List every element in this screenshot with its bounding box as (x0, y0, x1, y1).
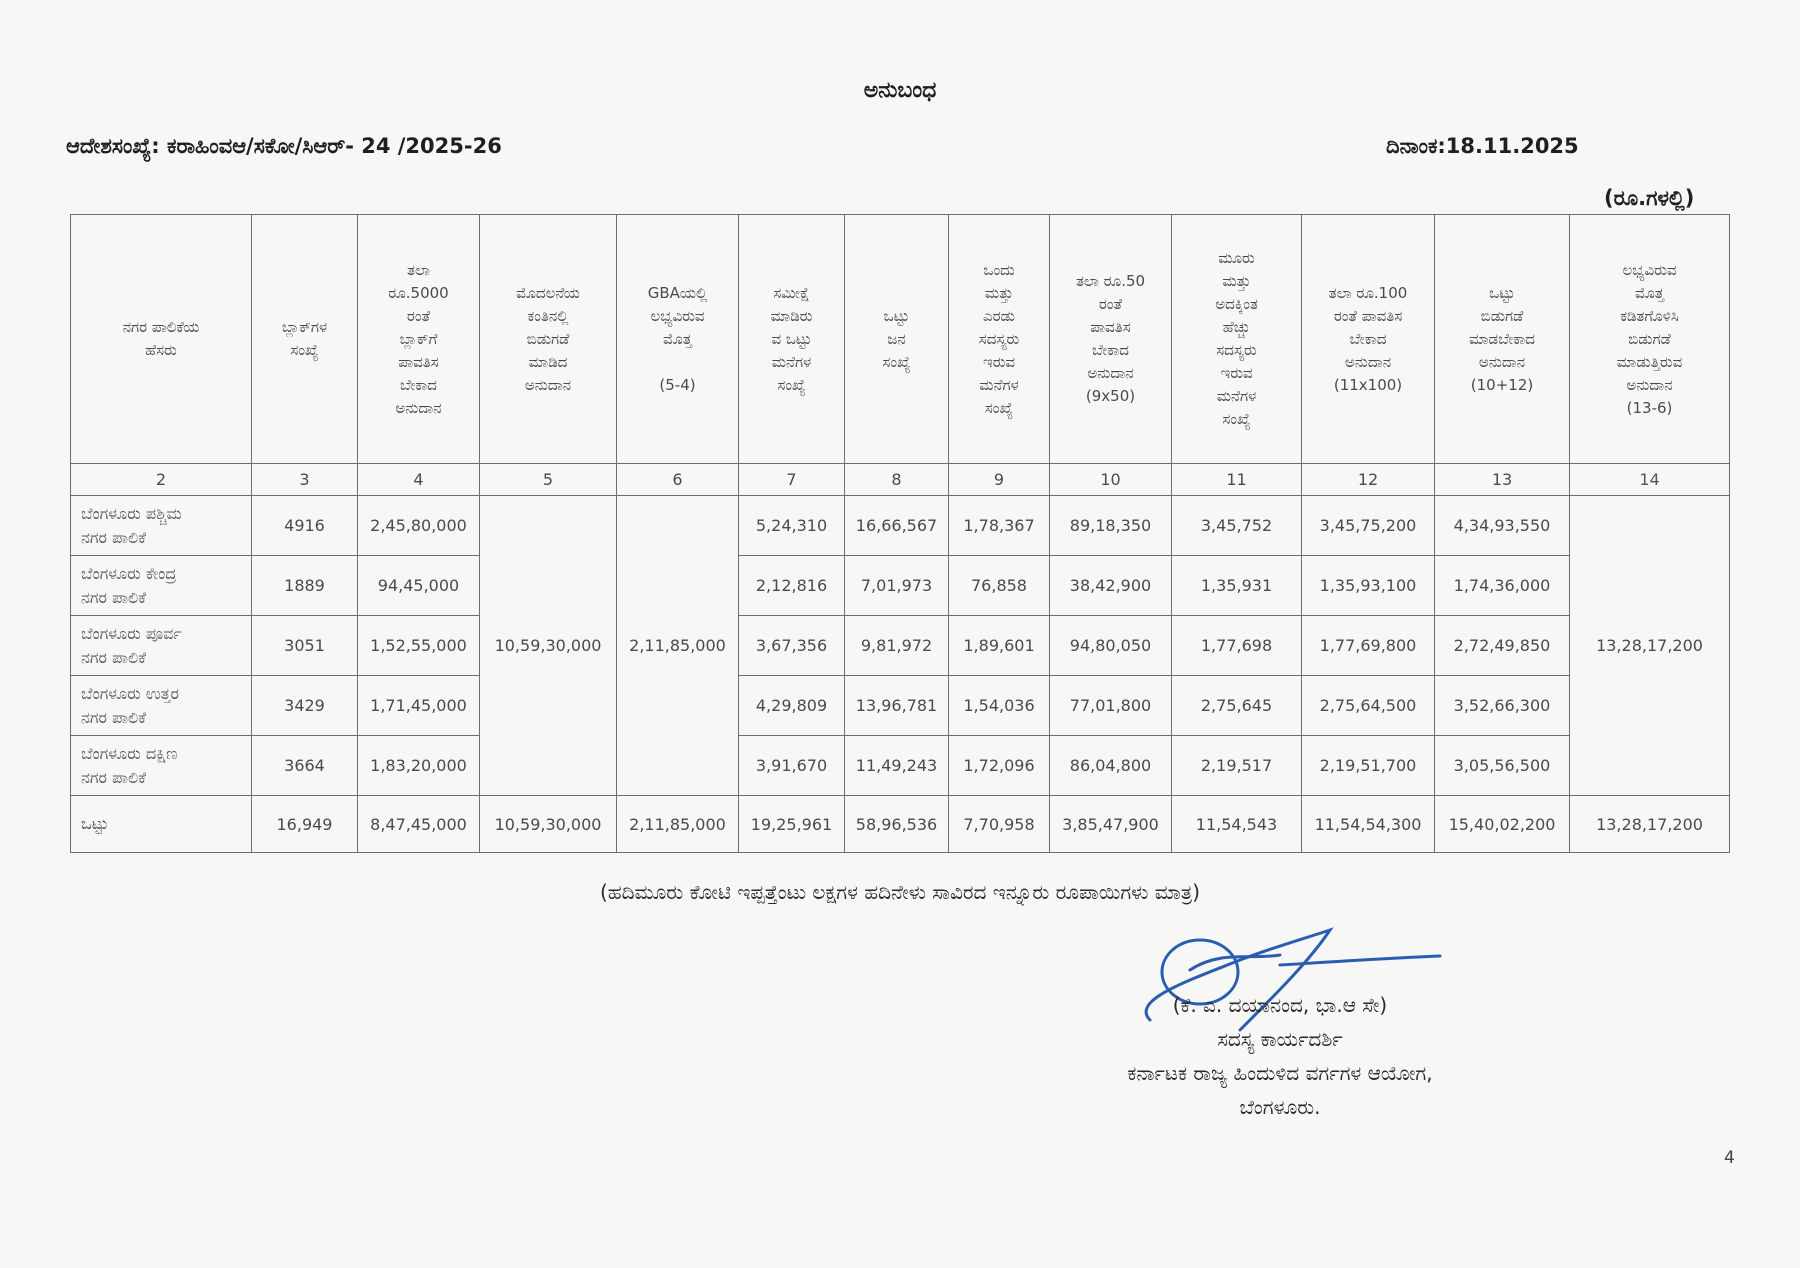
table-row: ಬೆಂಗಳೂರು ಪೂರ್ವ ನಗರ ಪಾಲಿಕೆ 3051 1,52,55,0… (71, 616, 1730, 676)
total-cell: 15,40,02,200 (1435, 796, 1570, 853)
corporation-name: ಬೆಂಗಳೂರು ಉತ್ತರ ನಗರ ಪಾಲಿಕೆ (71, 676, 252, 736)
column-number: 5 (480, 464, 617, 496)
column-header: ಮೂರು ಮತ್ತು ಅದಕ್ಕಿಂತ ಹೆಚ್ಚು ಸದಸ್ಯರು ಇರುವ … (1172, 215, 1302, 464)
block-grant-cell: 94,45,000 (358, 556, 480, 616)
column-header: GBAಯಲ್ಲಿ ಲಭ್ಯವಿರುವ ಮೊತ್ತ (5-4) (617, 215, 739, 464)
gba-available-cell: 2,11,85,000 (617, 496, 739, 796)
amount-in-words: (ಹದಿಮೂರು ಕೋಟಿ ಇಪ್ಪತ್ತೆಂಟು ಲಕ್ಷಗಳ ಹದಿನೇಳು… (0, 880, 1800, 904)
signatory-name: (ಕೆ. ಎ. ದಯಾನಂದ, ಭಾ.ಆ ಸೇ) (1030, 988, 1530, 1022)
total-release-cell: 4,34,93,550 (1435, 496, 1570, 556)
total-cell: 2,11,85,000 (617, 796, 739, 853)
net-release-cell: 13,28,17,200 (1570, 496, 1730, 796)
houses-1-2-cell: 1,72,096 (949, 736, 1050, 796)
column-number: 11 (1172, 464, 1302, 496)
column-header: ಒಟ್ಟು ಜನ ಸಂಖ್ಯೆ (845, 215, 949, 464)
column-header: ಒಂದು ಮತ್ತು ಎರಡು ಸದಸ್ಯರು ಇರುವ ಮನೆಗಳ ಸಂಖ್ಯ… (949, 215, 1050, 464)
column-header: ತಲಾ ರೂ.5000 ರಂತೆ ಬ್ಲಾಕ್‌ಗೆ ಪಾವತಿಸ ಬೇಕಾದ … (358, 215, 480, 464)
column-header: ಬ್ಲಾಕ್‌ಗಳ ಸಂಖ್ಯೆ (252, 215, 358, 464)
total-cell: 58,96,536 (845, 796, 949, 853)
column-number: 14 (1570, 464, 1730, 496)
blocks-cell: 1889 (252, 556, 358, 616)
grant-100-cell: 3,45,75,200 (1302, 496, 1435, 556)
currency-unit-note: (ರೂ.ಗಳಲ್ಲಿ) (1604, 186, 1694, 211)
grant-50-cell: 77,01,800 (1050, 676, 1172, 736)
document-page: ಅನುಬಂಧ ಆದೇಶಸಂಖ್ಯೆ: ಕರಾಹಿಂವಆ/ಸಕೋ/ಸಿಆರ್- 2… (0, 0, 1800, 1268)
signatory-place: ಬೆಂಗಳೂರು. (1030, 1090, 1530, 1124)
blocks-cell: 4916 (252, 496, 358, 556)
table-header-row: ನಗರ ಪಾಲಿಕೆಯ ಹೆಸರು ಬ್ಲಾಕ್‌ಗಳ ಸಂಖ್ಯೆ ತಲಾ ರ… (71, 215, 1730, 464)
total-row: ಒಟ್ಟು 16,949 8,47,45,000 10,59,30,000 2,… (71, 796, 1730, 853)
column-number: 3 (252, 464, 358, 496)
total-release-cell: 1,74,36,000 (1435, 556, 1570, 616)
houses-surveyed-cell: 3,91,670 (739, 736, 845, 796)
document-title: ಅನುಬಂಧ (0, 78, 1800, 103)
column-header: ಒಟ್ಟು ಬಿಡುಗಡೆ ಮಾಡಬೇಕಾದ ಅನುದಾನ (10+12) (1435, 215, 1570, 464)
total-cell: 13,28,17,200 (1570, 796, 1730, 853)
corporation-name: ಬೆಂಗಳೂರು ಪೂರ್ವ ನಗರ ಪಾಲಿಕೆ (71, 616, 252, 676)
column-number-row: 2 3 4 5 6 7 8 9 10 11 12 13 14 (71, 464, 1730, 496)
houses-3plus-cell: 2,75,645 (1172, 676, 1302, 736)
corporation-name: ಬೆಂಗಳೂರು ದಕ್ಷಿಣ ನಗರ ಪಾಲಿಕೆ (71, 736, 252, 796)
table-row: ಬೆಂಗಳೂರು ಉತ್ತರ ನಗರ ಪಾಲಿಕೆ 3429 1,71,45,0… (71, 676, 1730, 736)
column-number: 9 (949, 464, 1050, 496)
grant-100-cell: 1,77,69,800 (1302, 616, 1435, 676)
block-grant-cell: 1,83,20,000 (358, 736, 480, 796)
population-cell: 7,01,973 (845, 556, 949, 616)
signatory-organization: ಕರ್ನಾಟಕ ರಾಜ್ಯ ಹಿಂದುಳಿದ ವರ್ಗಗಳ ಆಯೋಗ, (1030, 1056, 1530, 1090)
houses-3plus-cell: 2,19,517 (1172, 736, 1302, 796)
population-cell: 11,49,243 (845, 736, 949, 796)
column-header: ತಲಾ ರೂ.100 ರಂತೆ ಪಾವತಿಸ ಬೇಕಾದ ಅನುದಾನ (11x… (1302, 215, 1435, 464)
houses-1-2-cell: 1,89,601 (949, 616, 1050, 676)
population-cell: 9,81,972 (845, 616, 949, 676)
column-header: ಸಮೀಕ್ಷೆ ಮಾಡಿರು ವ ಒಟ್ಟು ಮನೆಗಳ ಸಂಖ್ಯೆ (739, 215, 845, 464)
total-release-cell: 3,05,56,500 (1435, 736, 1570, 796)
order-number: ಆದೇಶಸಂಖ್ಯೆ: ಕರಾಹಿಂವಆ/ಸಕೋ/ಸಿಆರ್- 24 /2025… (66, 134, 502, 159)
total-cell: 19,25,961 (739, 796, 845, 853)
column-number: 4 (358, 464, 480, 496)
table-row: ಬೆಂಗಳೂರು ದಕ್ಷಿಣ ನಗರ ಪಾಲಿಕೆ 3664 1,83,20,… (71, 736, 1730, 796)
total-release-cell: 2,72,49,850 (1435, 616, 1570, 676)
total-cell: 11,54,543 (1172, 796, 1302, 853)
houses-1-2-cell: 76,858 (949, 556, 1050, 616)
column-number: 12 (1302, 464, 1435, 496)
houses-surveyed-cell: 3,67,356 (739, 616, 845, 676)
column-number: 13 (1435, 464, 1570, 496)
total-release-cell: 3,52,66,300 (1435, 676, 1570, 736)
houses-3plus-cell: 3,45,752 (1172, 496, 1302, 556)
total-cell: 7,70,958 (949, 796, 1050, 853)
table-row: ಬೆಂಗಳೂರು ಪಶ್ಚಿಮ ನಗರ ಪಾಲಿಕೆ 4916 2,45,80,… (71, 496, 1730, 556)
houses-surveyed-cell: 2,12,816 (739, 556, 845, 616)
column-header: ಲಭ್ಯವಿರುವ ಮೊತ್ತ ಕಡಿತಗೊಳಿಸಿ ಬಿಡುಗಡೆ ಮಾಡುತ… (1570, 215, 1730, 464)
blocks-cell: 3429 (252, 676, 358, 736)
grant-50-cell: 89,18,350 (1050, 496, 1172, 556)
population-cell: 16,66,567 (845, 496, 949, 556)
total-cell: 11,54,54,300 (1302, 796, 1435, 853)
total-label: ಒಟ್ಟು (71, 796, 252, 853)
houses-1-2-cell: 1,54,036 (949, 676, 1050, 736)
order-date: ದಿನಾಂಕ:18.11.2025 (1386, 134, 1579, 159)
column-header: ನಗರ ಪಾಲಿಕೆಯ ಹೆಸರು (71, 215, 252, 464)
houses-surveyed-cell: 4,29,809 (739, 676, 845, 736)
grant-50-cell: 38,42,900 (1050, 556, 1172, 616)
column-header: ಮೊದಲನೆಯ ಕಂತಿನಲ್ಲಿ ಬಿಡುಗಡೆ ಮಾಡಿದ ಅನುದಾನ (480, 215, 617, 464)
total-cell: 16,949 (252, 796, 358, 853)
blocks-cell: 3664 (252, 736, 358, 796)
first-installment-cell: 10,59,30,000 (480, 496, 617, 796)
table-row: ಬೆಂಗಳೂರು ಕೇಂದ್ರ ನಗರ ಪಾಲಿಕೆ 1889 94,45,00… (71, 556, 1730, 616)
blocks-cell: 3051 (252, 616, 358, 676)
total-cell: 10,59,30,000 (480, 796, 617, 853)
allocation-table: ನಗರ ಪಾಲಿಕೆಯ ಹೆಸರು ಬ್ಲಾಕ್‌ಗಳ ಸಂಖ್ಯೆ ತಲಾ ರ… (70, 214, 1730, 853)
grant-50-cell: 86,04,800 (1050, 736, 1172, 796)
houses-1-2-cell: 1,78,367 (949, 496, 1050, 556)
total-cell: 3,85,47,900 (1050, 796, 1172, 853)
signatory-designation: ಸದಸ್ಯ ಕಾರ್ಯದರ್ಶಿ (1030, 1022, 1530, 1056)
block-grant-cell: 1,71,45,000 (358, 676, 480, 736)
houses-3plus-cell: 1,77,698 (1172, 616, 1302, 676)
total-cell: 8,47,45,000 (358, 796, 480, 853)
grant-100-cell: 2,75,64,500 (1302, 676, 1435, 736)
population-cell: 13,96,781 (845, 676, 949, 736)
grant-100-cell: 2,19,51,700 (1302, 736, 1435, 796)
corporation-name: ಬೆಂಗಳೂರು ಪಶ್ಚಿಮ ನಗರ ಪಾಲಿಕೆ (71, 496, 252, 556)
block-grant-cell: 1,52,55,000 (358, 616, 480, 676)
column-number: 2 (71, 464, 252, 496)
column-number: 8 (845, 464, 949, 496)
grant-100-cell: 1,35,93,100 (1302, 556, 1435, 616)
houses-surveyed-cell: 5,24,310 (739, 496, 845, 556)
column-number: 10 (1050, 464, 1172, 496)
block-grant-cell: 2,45,80,000 (358, 496, 480, 556)
houses-3plus-cell: 1,35,931 (1172, 556, 1302, 616)
corporation-name: ಬೆಂಗಳೂರು ಕೇಂದ್ರ ನಗರ ಪಾಲಿಕೆ (71, 556, 252, 616)
column-number: 6 (617, 464, 739, 496)
signature-block: (ಕೆ. ಎ. ದಯಾನಂದ, ಭಾ.ಆ ಸೇ) ಸದಸ್ಯ ಕಾರ್ಯದರ್ಶ… (1030, 988, 1530, 1124)
column-header: ತಲಾ ರೂ.50 ರಂತೆ ಪಾವತಿಸ ಬೇಕಾದ ಅನುದಾನ (9x50… (1050, 215, 1172, 464)
page-number: 4 (1724, 1148, 1735, 1168)
column-number: 7 (739, 464, 845, 496)
grant-50-cell: 94,80,050 (1050, 616, 1172, 676)
